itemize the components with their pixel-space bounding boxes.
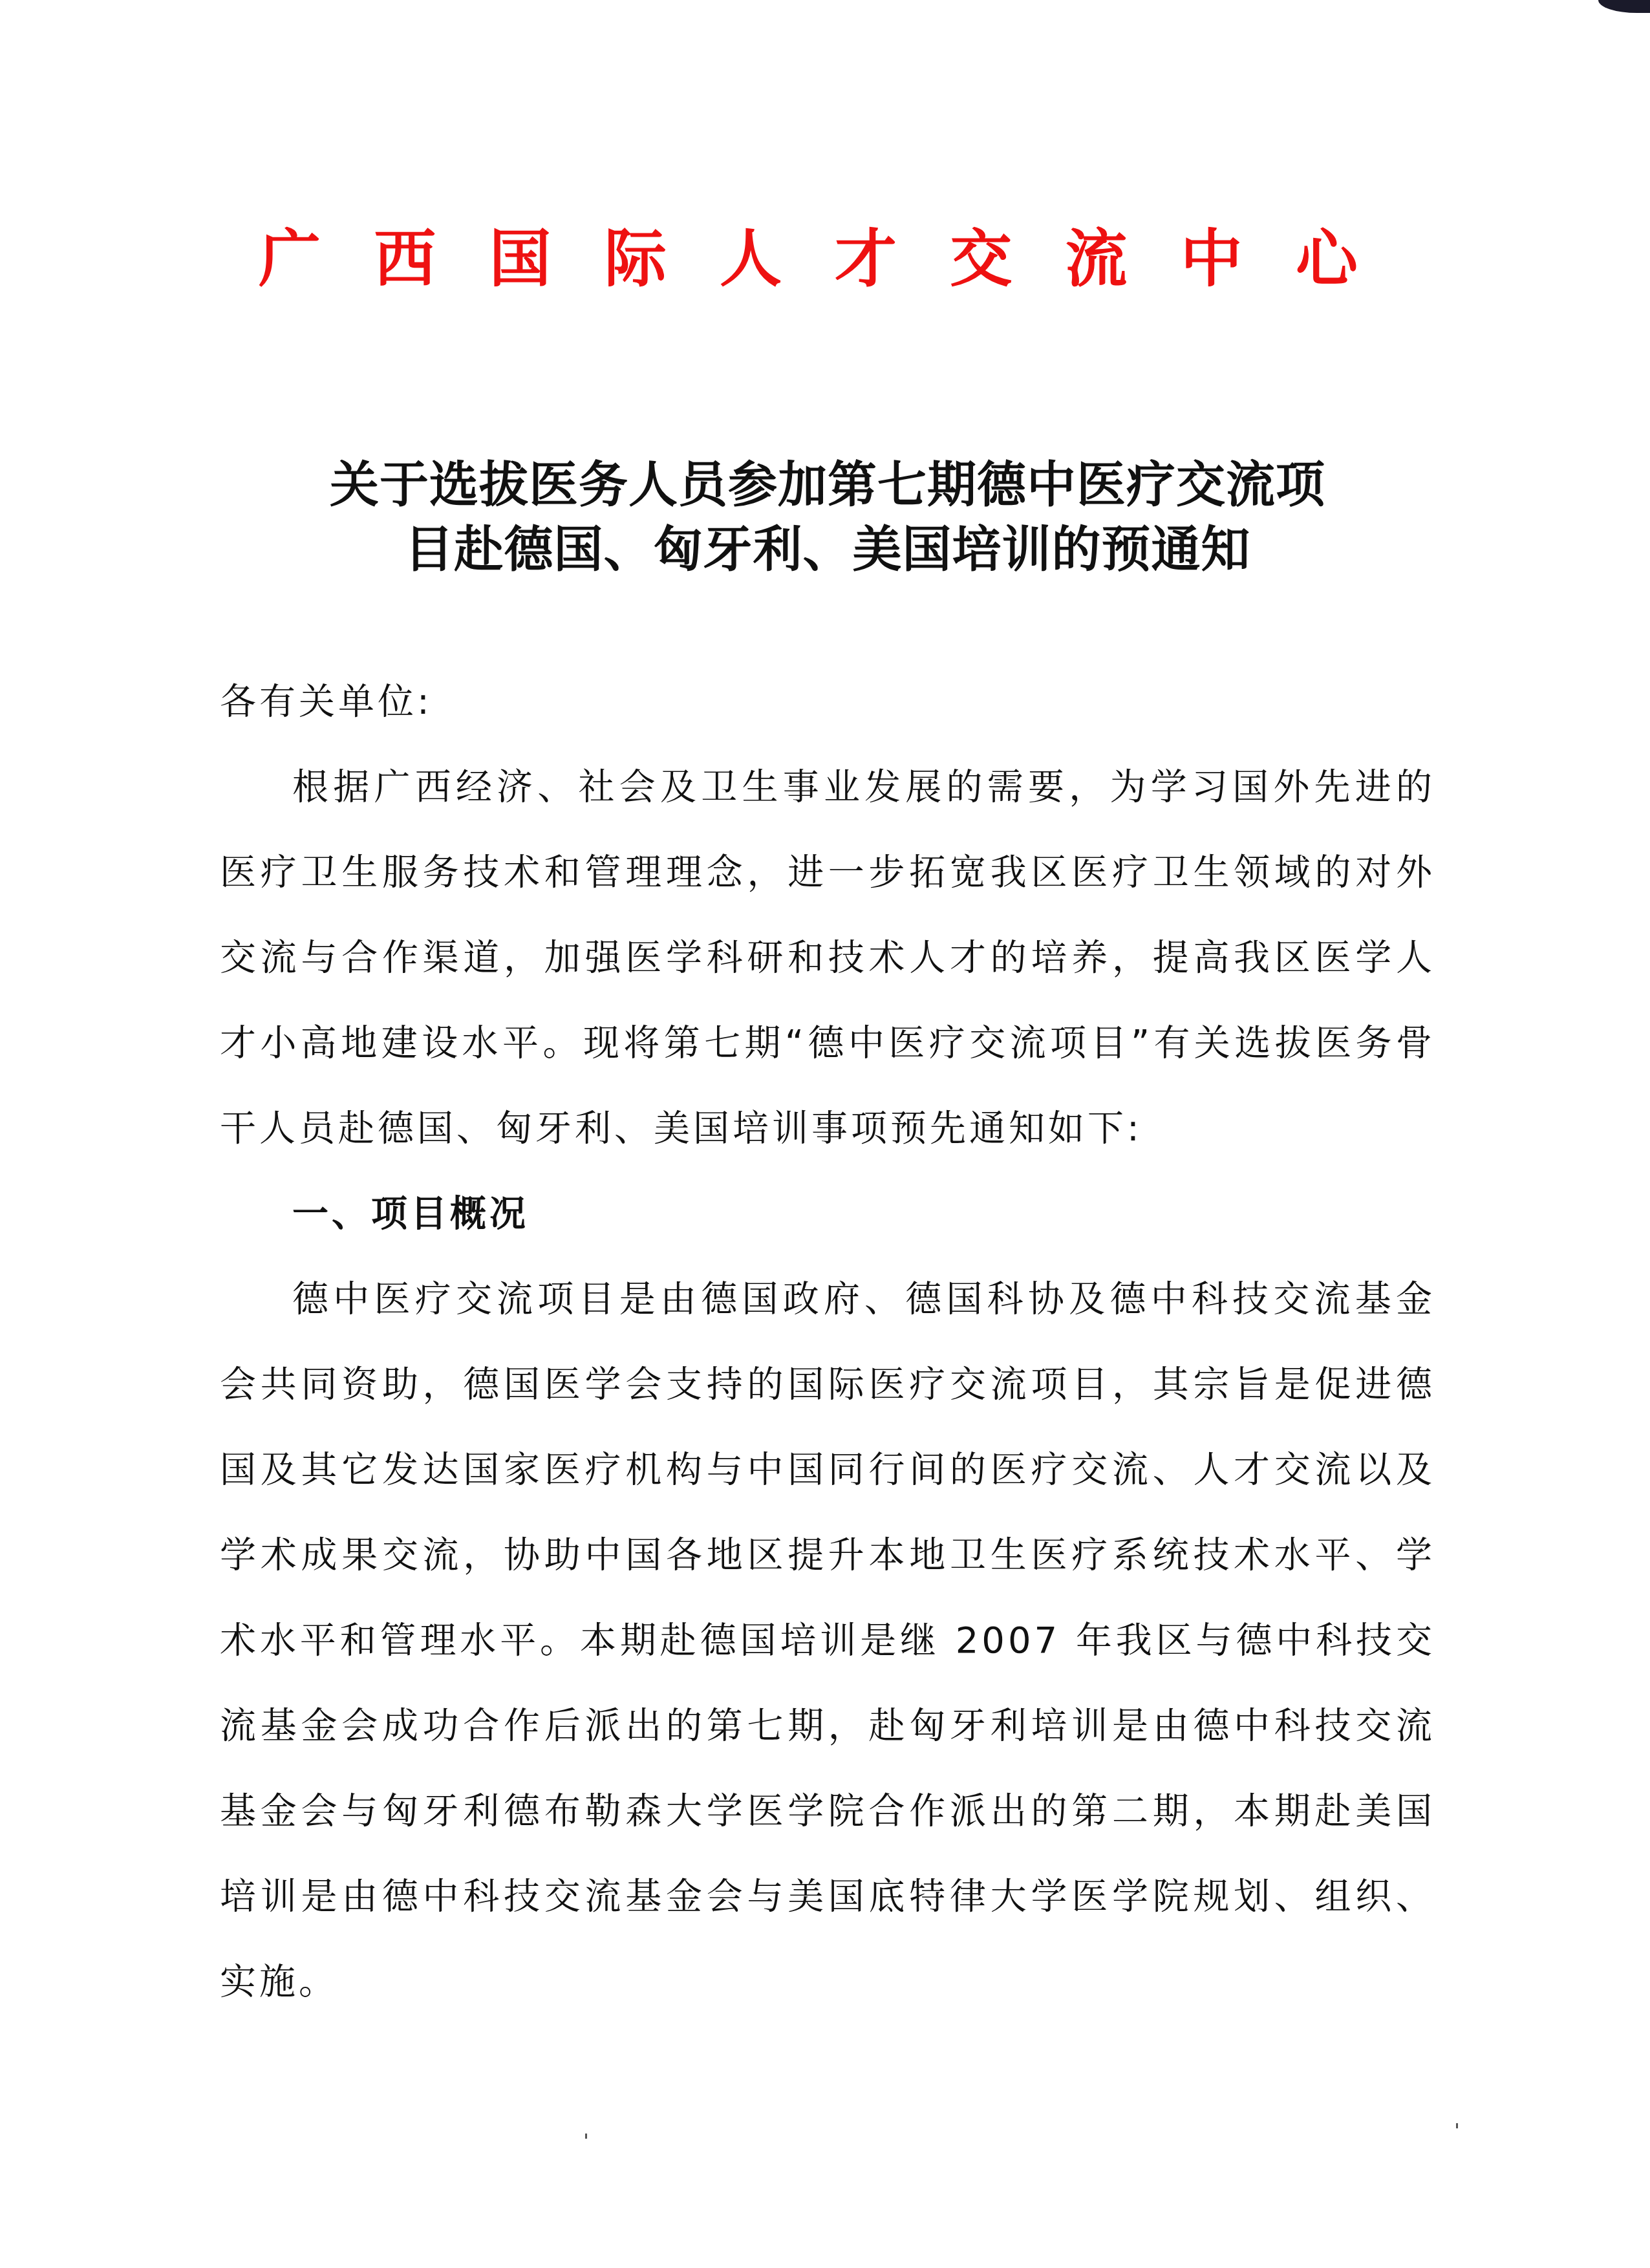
title-line-2: 目赴德国、匈牙利、美国培训的预通知 <box>213 517 1442 582</box>
intro-paragraph: 根据广西经济、社会及卫生事业发展的需要，为学习国外先进的医疗卫生服务技术和管理理… <box>220 745 1435 1171</box>
organization-header: 广 西 国 际 人 才 交 流 中 心 <box>259 223 1358 294</box>
section-heading-project-overview: 一、项目概况 <box>220 1171 1435 1257</box>
document-title: 关于选拔医务人员参加第七期德中医疗交流项 目赴德国、匈牙利、美国培训的预通知 <box>213 453 1442 582</box>
org-header-char: 交 <box>950 223 1012 294</box>
salutation: 各有关单位: <box>220 659 1435 745</box>
scan-corner-artifact <box>1598 0 1650 13</box>
org-header-char: 国 <box>489 223 551 294</box>
org-header-char: 中 <box>1181 223 1243 294</box>
scan-speck <box>585 2134 587 2139</box>
scan-speck <box>1456 2123 1458 2128</box>
org-header-char: 际 <box>605 223 667 294</box>
org-header-char: 广 <box>259 223 321 294</box>
title-line-1: 关于选拔医务人员参加第七期德中医疗交流项 <box>213 453 1442 517</box>
section-paragraph: 德中医疗交流项目是由德国政府、德国科协及德中科技交流基金会共同资助，德国医学会支… <box>220 1257 1435 2025</box>
org-header-char: 心 <box>1296 223 1358 294</box>
document-body: 各有关单位: 根据广西经济、社会及卫生事业发展的需要，为学习国外先进的医疗卫生服… <box>220 659 1435 2025</box>
org-header-char: 才 <box>835 223 897 294</box>
org-header-char: 流 <box>1066 223 1128 294</box>
org-header-char: 西 <box>374 223 436 294</box>
org-header-char: 人 <box>720 223 782 294</box>
